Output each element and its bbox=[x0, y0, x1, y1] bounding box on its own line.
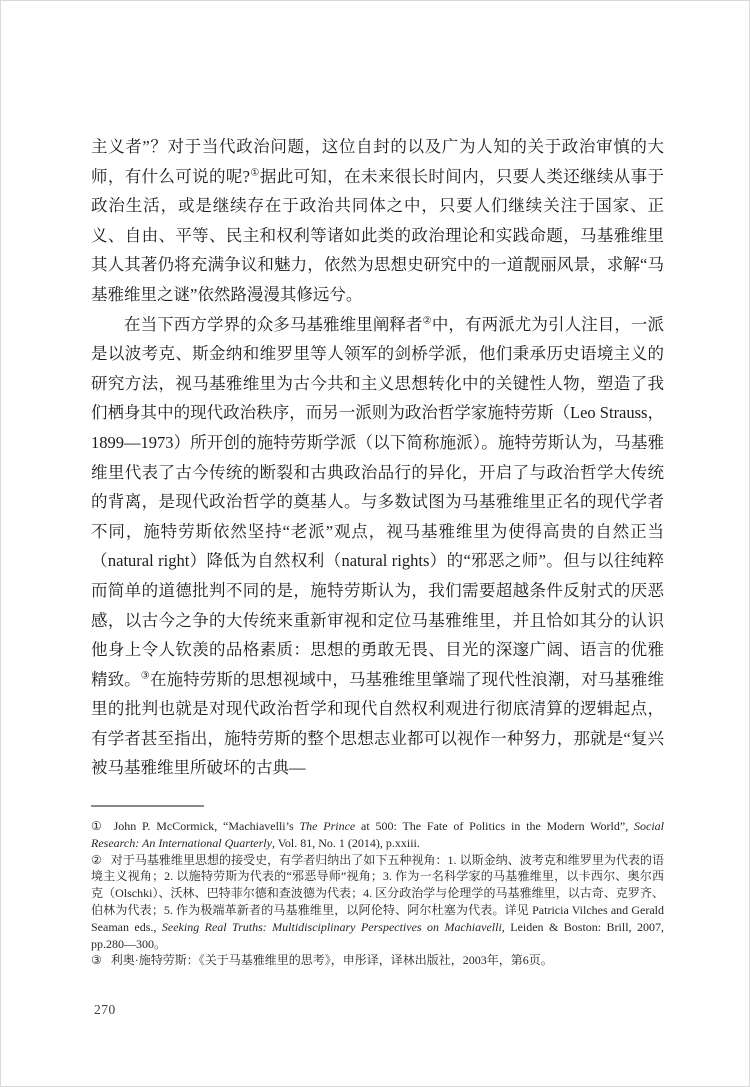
footnote-2-book-title: Seeking Real Truths: Multidisciplinary P… bbox=[162, 920, 502, 934]
footnote-ref-2: ② bbox=[423, 315, 432, 326]
page-number: 270 bbox=[94, 1002, 116, 1018]
paragraph-2-text: 中，有两派尤为引人注目，一派是以波考克、斯金纳和维罗里等人领军的剑桥学派，他们秉… bbox=[91, 315, 664, 689]
footnote-ref-3: ③ bbox=[141, 670, 150, 681]
footnote-divider-rule bbox=[91, 805, 204, 807]
paragraph-2-text: 在施特劳斯的思想视域中，马基雅维里肇端了现代性浪潮，对马基雅维里的批判也就是对现… bbox=[91, 670, 664, 778]
footnote-1-text: John P. McCormick, “Machiavelli’s bbox=[114, 819, 300, 833]
footnote-1-marker: ① bbox=[91, 819, 114, 833]
paragraph-1-text: 据此可知，在未来很长时间内，只要人类还继续从事于政治生活，或是继续存在于政治共同… bbox=[91, 167, 664, 304]
footnote-2: ②对于马基雅维里思想的接受史，有学者归纳出了如下五种视角：1. 以斯金纳、波考克… bbox=[91, 852, 664, 953]
footnote-3-text: 利奥·施特劳斯：《关于马基雅维里的思考》，申彤译，译林出版社，2003年，第6页… bbox=[111, 953, 553, 967]
footnote-ref-1: ① bbox=[250, 167, 260, 178]
paragraph-2-text: 在当下西方学界的众多马基雅维里阐释者 bbox=[124, 315, 423, 334]
book-page: 主义者”？对于当代政治问题，这位自封的以及广为人知的关于政治审慎的大师，有什么可… bbox=[0, 0, 750, 1087]
footnote-1-text: , Vol. 81, No. 1 (2014), p.xxiii. bbox=[272, 836, 420, 850]
body-text: 主义者”？对于当代政治问题，这位自封的以及广为人知的关于政治审慎的大师，有什么可… bbox=[91, 132, 664, 783]
footnote-1: ①John P. McCormick, “Machiavelli’s The P… bbox=[91, 818, 664, 852]
footnote-2-marker: ② bbox=[91, 853, 111, 867]
footnote-1-book-title: The Prince bbox=[299, 819, 355, 833]
footnote-3-marker: ③ bbox=[91, 953, 111, 967]
footnotes: ①John P. McCormick, “Machiavelli’s The P… bbox=[91, 818, 664, 969]
footnote-1-text: at 500: The Fate of Politics in the Mode… bbox=[355, 819, 634, 833]
paragraph-2: 在当下西方学界的众多马基雅维里阐释者②中，有两派尤为引人注目，一派是以波考克、斯… bbox=[91, 310, 664, 784]
paragraph-1: 主义者”？对于当代政治问题，这位自封的以及广为人知的关于政治审慎的大师，有什么可… bbox=[91, 132, 664, 310]
footnote-3: ③利奥·施特劳斯：《关于马基雅维里的思考》，申彤译，译林出版社，2003年，第6… bbox=[91, 952, 664, 969]
